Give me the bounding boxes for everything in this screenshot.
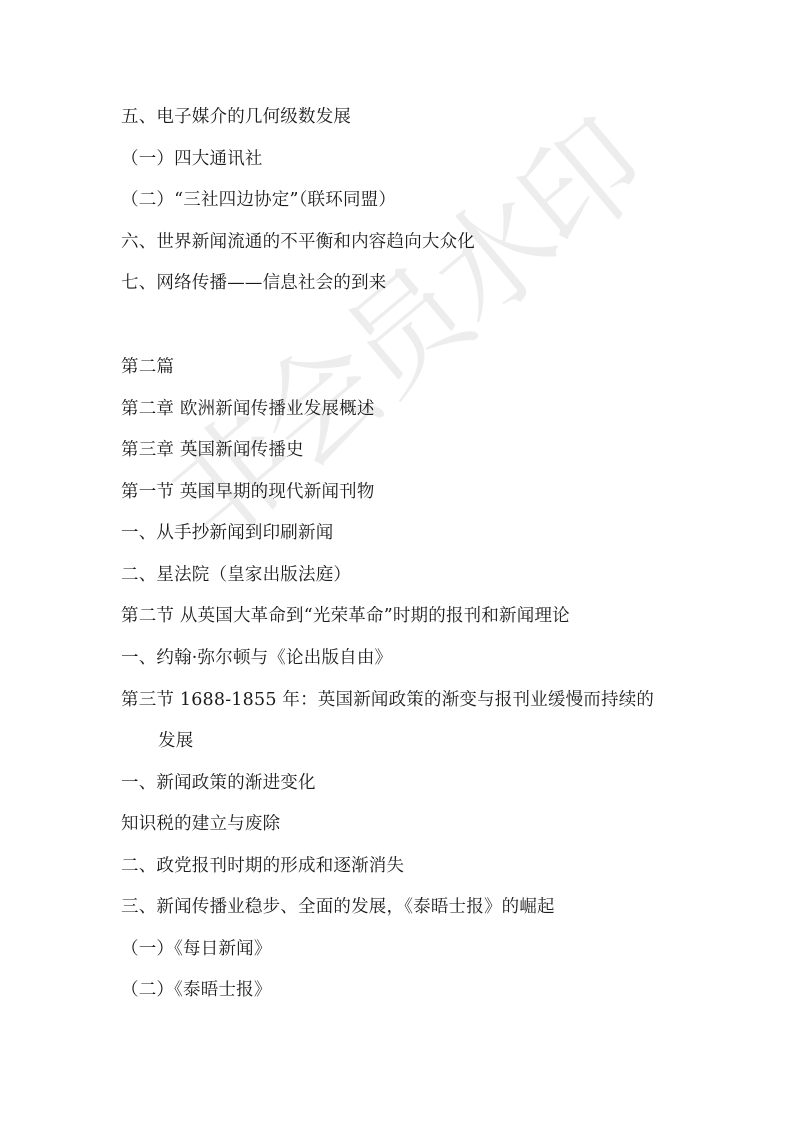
chapter-heading-2: 第二章 欧洲新闻传播业发展概述	[121, 398, 375, 420]
plain-text-line: 知识税的建立与废除	[121, 813, 280, 835]
outline-item: 一、从手抄新闻到印刷新闻	[121, 522, 333, 544]
outline-item-5: 五、电子媒介的几何级数发展	[121, 106, 351, 128]
outline-subitem: （二）《泰晤士报》	[121, 979, 272, 1001]
chapter-heading-3: 第三章 英国新闻传播史	[121, 439, 304, 461]
document-page: 五、电子媒介的几何级数发展 （一）四大通讯社 （二）“三社四边协定”（联环同盟）…	[0, 0, 793, 1122]
outline-item-6: 六、世界新闻流通的不平衡和内容趋向大众化	[121, 231, 475, 253]
outline-item-7: 七、网络传播——信息社会的到来	[121, 272, 387, 294]
outline-subitem-5-1: （一）四大通讯社	[121, 148, 263, 170]
outline-subitem: （一）《每日新闻》	[121, 938, 272, 960]
section-heading-1: 第一节 英国早期的现代新闻刊物	[121, 481, 375, 503]
outline-subitem-5-2: （二）“三社四边协定”（联环同盟）	[121, 189, 396, 211]
outline-item: 二、政党报刊时期的形成和逐渐消失	[121, 855, 404, 877]
outline-item: 一、新闻政策的渐进变化	[121, 772, 316, 794]
outline-item: 三、新闻传播业稳步、全面的发展，《泰晤士报》的崛起	[121, 896, 555, 918]
section-heading-2: 第二节 从英国大革命到“光荣革命”时期的报刊和新闻理论	[121, 605, 570, 627]
outline-item: 二、星法院（皇家出版法庭）	[121, 564, 351, 586]
part-heading: 第二篇	[121, 356, 174, 378]
section-heading-3-continuation: 发展	[158, 730, 193, 752]
section-heading-3: 第三节 1688-1855 年：英国新闻政策的渐变与报刊业缓慢而持续的	[121, 689, 654, 711]
outline-item: 一、约翰·弥尔顿与《论出版自由》	[121, 647, 392, 669]
